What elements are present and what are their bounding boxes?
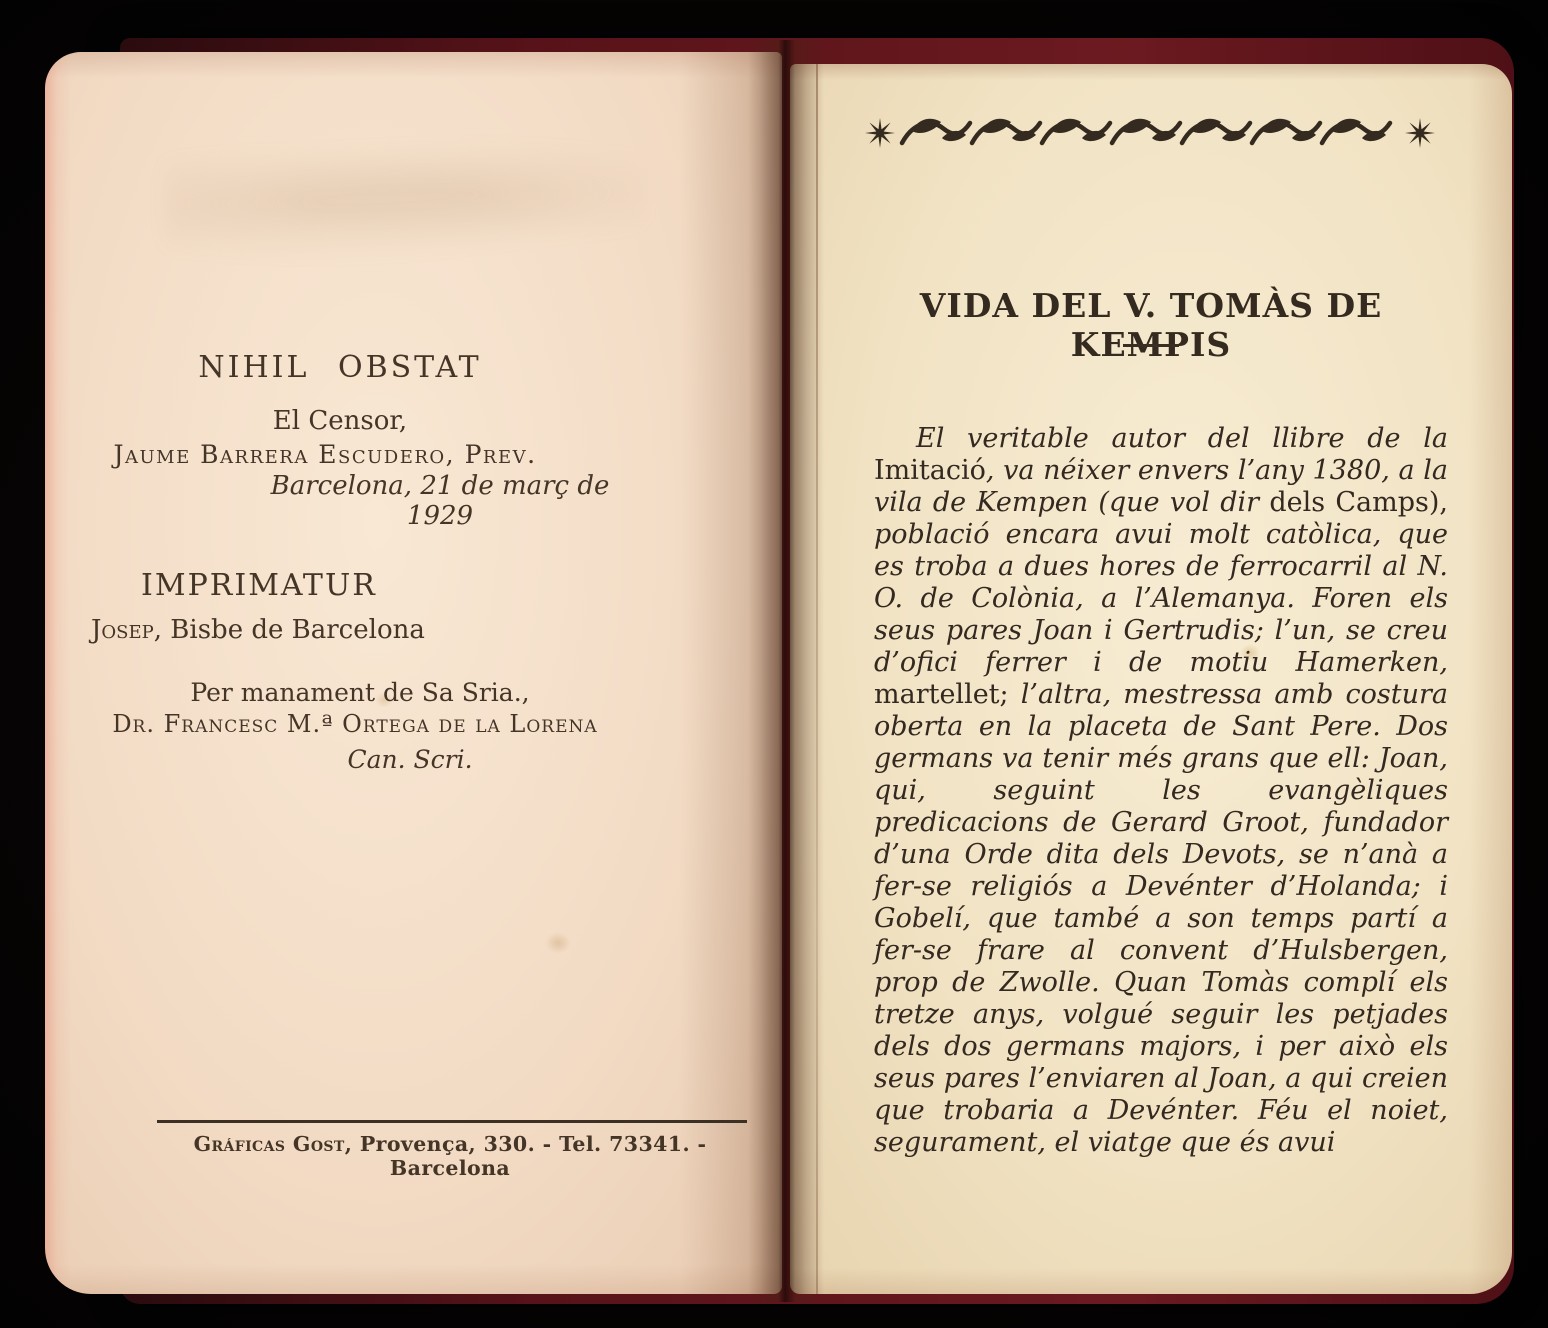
body-paragraph: El veritable autor del llibre de la Imit… bbox=[874, 423, 1448, 1159]
place-date-line: Barcelona, 21 de març de 1929 bbox=[265, 471, 615, 531]
secretary-title: Can. Scri. bbox=[280, 745, 540, 774]
bishop-title: Bisbe de Barcelona bbox=[162, 615, 425, 645]
paragraph-segment: El veritable autor del llibre de la bbox=[916, 423, 1448, 454]
secretary-name: Dr. Francesc M.ª Ortega de la Lorena bbox=[105, 710, 605, 738]
printer-name: Gráficas Gost, bbox=[194, 1132, 353, 1156]
printer-address: Provença, 330. - Tel. 73341. - Barcelona bbox=[352, 1132, 706, 1180]
censor-name: Jaume Barrera Escudero, Prev. bbox=[65, 440, 585, 469]
mandate-line: Per manament de Sa Sria., bbox=[175, 678, 545, 707]
right-page: VIDA DEL V. TOMÀS DE KEMPIS El veritable… bbox=[790, 64, 1512, 1294]
book-photo: NIHIL OBSTAT El Censor, Jaume Barrera Es… bbox=[0, 0, 1548, 1328]
bishop-line: Josep, Bisbe de Barcelona bbox=[91, 615, 425, 645]
vine-ornament bbox=[864, 110, 1438, 156]
left-page: NIHIL OBSTAT El Censor, Jaume Barrera Es… bbox=[45, 52, 782, 1294]
printer-imprint-line: Gráficas Gost, Provença, 330. - Tel. 733… bbox=[135, 1132, 765, 1180]
underlying-page-edge bbox=[816, 64, 818, 1294]
imprint-rule bbox=[157, 1120, 747, 1123]
imprimatur-heading: IMPRIMATUR bbox=[141, 568, 377, 603]
chapter-title: VIDA DEL V. TOMÀS DE KEMPIS bbox=[840, 286, 1462, 364]
show-through-ghost bbox=[165, 138, 645, 258]
paragraph-segment: població encara avui molt catòlica, que … bbox=[874, 519, 1448, 678]
title-rule bbox=[1123, 344, 1179, 347]
paragraph-segment: l’altra, mestressa amb costura oberta en… bbox=[874, 679, 1448, 1158]
nihil-obstat-heading: NIHIL OBSTAT bbox=[175, 350, 505, 385]
paragraph-segment-roman: dels Camps), bbox=[1269, 487, 1448, 518]
bishop-name: Josep, bbox=[91, 615, 162, 645]
paragraph-segment-roman: martellet; bbox=[874, 679, 1009, 710]
paragraph-segment-roman: Imitació bbox=[874, 455, 986, 486]
censor-label: El Censor, bbox=[175, 406, 505, 436]
foxing-spot bbox=[545, 932, 571, 954]
